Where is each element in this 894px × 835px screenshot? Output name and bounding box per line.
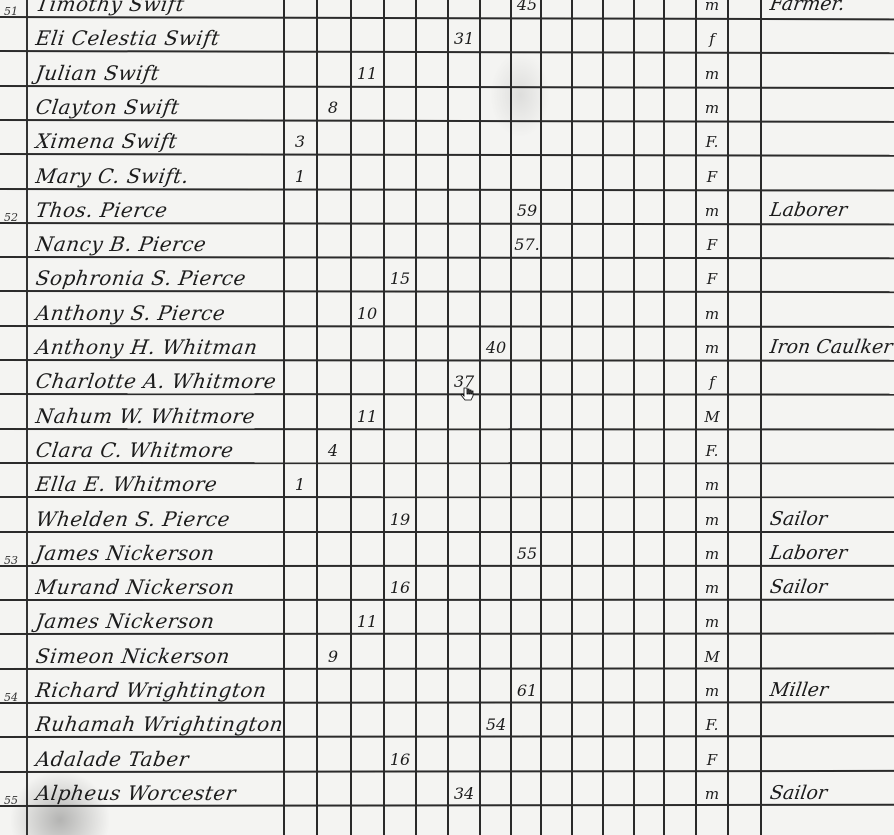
age-value: 61 xyxy=(511,683,543,699)
person-name: Alpheus Worcester xyxy=(35,783,238,803)
person-name: Clayton Swift xyxy=(35,97,181,117)
age-value: 11 xyxy=(351,614,383,630)
grid-column-line xyxy=(571,0,573,835)
age-value: 1 xyxy=(284,169,316,185)
age-value: 1 xyxy=(284,477,316,493)
person-name: Mary C. Swift. xyxy=(35,166,191,186)
age-value: 15 xyxy=(384,271,416,287)
person-name: Ella E. Whitmore xyxy=(35,474,219,494)
person-name: Eli Celestia Swift xyxy=(35,28,222,48)
grid-column-line xyxy=(510,0,512,835)
person-name: Ruhamah Wrightington xyxy=(35,714,285,734)
grid-column-line xyxy=(26,0,28,835)
grid-column-line xyxy=(540,0,542,835)
grid-row-line xyxy=(0,565,894,567)
occupation-value: Sailor xyxy=(769,784,894,803)
age-value: 45 xyxy=(511,0,543,13)
sex-value: F xyxy=(697,753,727,768)
grid-column-line xyxy=(447,0,449,835)
census-page: 51Timothy Swift45mFarmer.Eli Celestia Sw… xyxy=(0,0,894,835)
sex-value: F. xyxy=(697,444,727,459)
age-value: 59 xyxy=(511,203,543,219)
grid-column-line xyxy=(633,0,635,835)
occupation-value: Laborer xyxy=(769,544,894,563)
age-value: 9 xyxy=(317,649,349,665)
age-value: 55 xyxy=(511,546,543,562)
age-value: 16 xyxy=(384,752,416,768)
person-name: Ximena Swift xyxy=(35,131,179,151)
person-name: Murand Nickerson xyxy=(35,577,236,597)
person-name: Sophronia S. Pierce xyxy=(35,268,248,288)
age-value: 57. xyxy=(511,237,543,253)
sex-value: m xyxy=(697,307,727,322)
sex-value: m xyxy=(697,787,727,802)
grid-row-line xyxy=(0,359,894,362)
person-name: Thos. Pierce xyxy=(35,200,169,220)
grid-row-line xyxy=(0,531,894,533)
sex-value: f xyxy=(697,375,727,390)
sex-value: M xyxy=(697,410,727,425)
sex-value: m xyxy=(697,615,727,630)
occupation-value: Iron Caulker xyxy=(769,338,894,357)
sex-value: f xyxy=(697,32,727,47)
person-name: Nancy B. Pierce xyxy=(35,234,208,254)
sex-value: m xyxy=(697,204,727,219)
grid-column-line xyxy=(283,0,285,835)
sex-value: M xyxy=(697,650,727,665)
grid-column-line xyxy=(316,0,318,835)
person-name: James Nickerson xyxy=(35,543,216,563)
grid-column-line xyxy=(479,0,481,835)
age-value: 40 xyxy=(480,340,512,356)
sex-value: F. xyxy=(697,718,727,733)
grid-row-line xyxy=(0,496,894,498)
age-value: 4 xyxy=(317,443,349,459)
person-name: Simeon Nickerson xyxy=(35,646,232,666)
sex-value: m xyxy=(697,581,727,596)
age-value: 16 xyxy=(384,580,416,596)
grid-row-line xyxy=(0,393,894,396)
occupation-value: Laborer xyxy=(769,201,894,220)
dwelling-number: 54 xyxy=(4,692,18,703)
person-name: Nahum W. Whitmore xyxy=(35,406,257,426)
age-value: 19 xyxy=(384,512,416,528)
grid-row-line xyxy=(0,428,894,430)
person-name: Adalade Taber xyxy=(35,749,191,769)
grid-column-line xyxy=(415,0,417,835)
person-name: Anthony S. Pierce xyxy=(35,303,227,323)
age-value: 34 xyxy=(448,786,480,802)
person-name: James Nickerson xyxy=(35,611,216,631)
sex-value: m xyxy=(697,478,727,493)
occupation-value: Sailor xyxy=(769,510,894,529)
age-value: 11 xyxy=(351,66,383,82)
age-value: 10 xyxy=(351,306,383,322)
dwelling-number: 55 xyxy=(4,795,18,806)
sex-value: F xyxy=(697,272,727,287)
age-value: 3 xyxy=(284,134,316,150)
sex-value: m xyxy=(697,67,727,82)
dwelling-number: 52 xyxy=(4,212,18,223)
dwelling-number: 53 xyxy=(4,555,18,566)
occupation-value: Sailor xyxy=(769,578,894,597)
occupation-value: Miller xyxy=(769,681,894,700)
sex-value: m xyxy=(697,341,727,356)
grid-row-line xyxy=(0,462,894,464)
sex-value: m xyxy=(697,513,727,528)
person-name: Richard Wrightington xyxy=(35,680,268,700)
person-name: Julian Swift xyxy=(35,63,161,83)
person-name: Charlotte A. Whitmore xyxy=(35,371,278,391)
grid-column-line xyxy=(602,0,604,835)
grid-column-line xyxy=(383,0,385,835)
person-name: Clara C. Whitmore xyxy=(35,440,235,460)
grid-column-line xyxy=(727,0,729,835)
age-value: 31 xyxy=(448,31,480,47)
sex-value: F. xyxy=(697,135,727,150)
person-name: Whelden S. Pierce xyxy=(35,509,232,529)
occupation-value: Farmer. xyxy=(769,0,894,14)
sex-value: m xyxy=(697,101,727,116)
sex-value: m xyxy=(697,684,727,699)
sex-value: F xyxy=(697,170,727,185)
grid-column-line xyxy=(760,0,762,835)
sex-value: F xyxy=(697,238,727,253)
grid-row-line xyxy=(0,599,894,601)
age-value: 8 xyxy=(317,100,349,116)
grid-column-line xyxy=(663,0,665,835)
age-value: 11 xyxy=(351,409,383,425)
person-name: Timothy Swift xyxy=(35,0,186,14)
age-value: 54 xyxy=(480,717,512,733)
hand-cursor-icon xyxy=(458,386,476,404)
sex-value: m xyxy=(697,547,727,562)
person-name: Anthony H. Whitman xyxy=(35,337,259,357)
sex-value: m xyxy=(697,0,727,13)
dwelling-number: 51 xyxy=(4,6,18,17)
